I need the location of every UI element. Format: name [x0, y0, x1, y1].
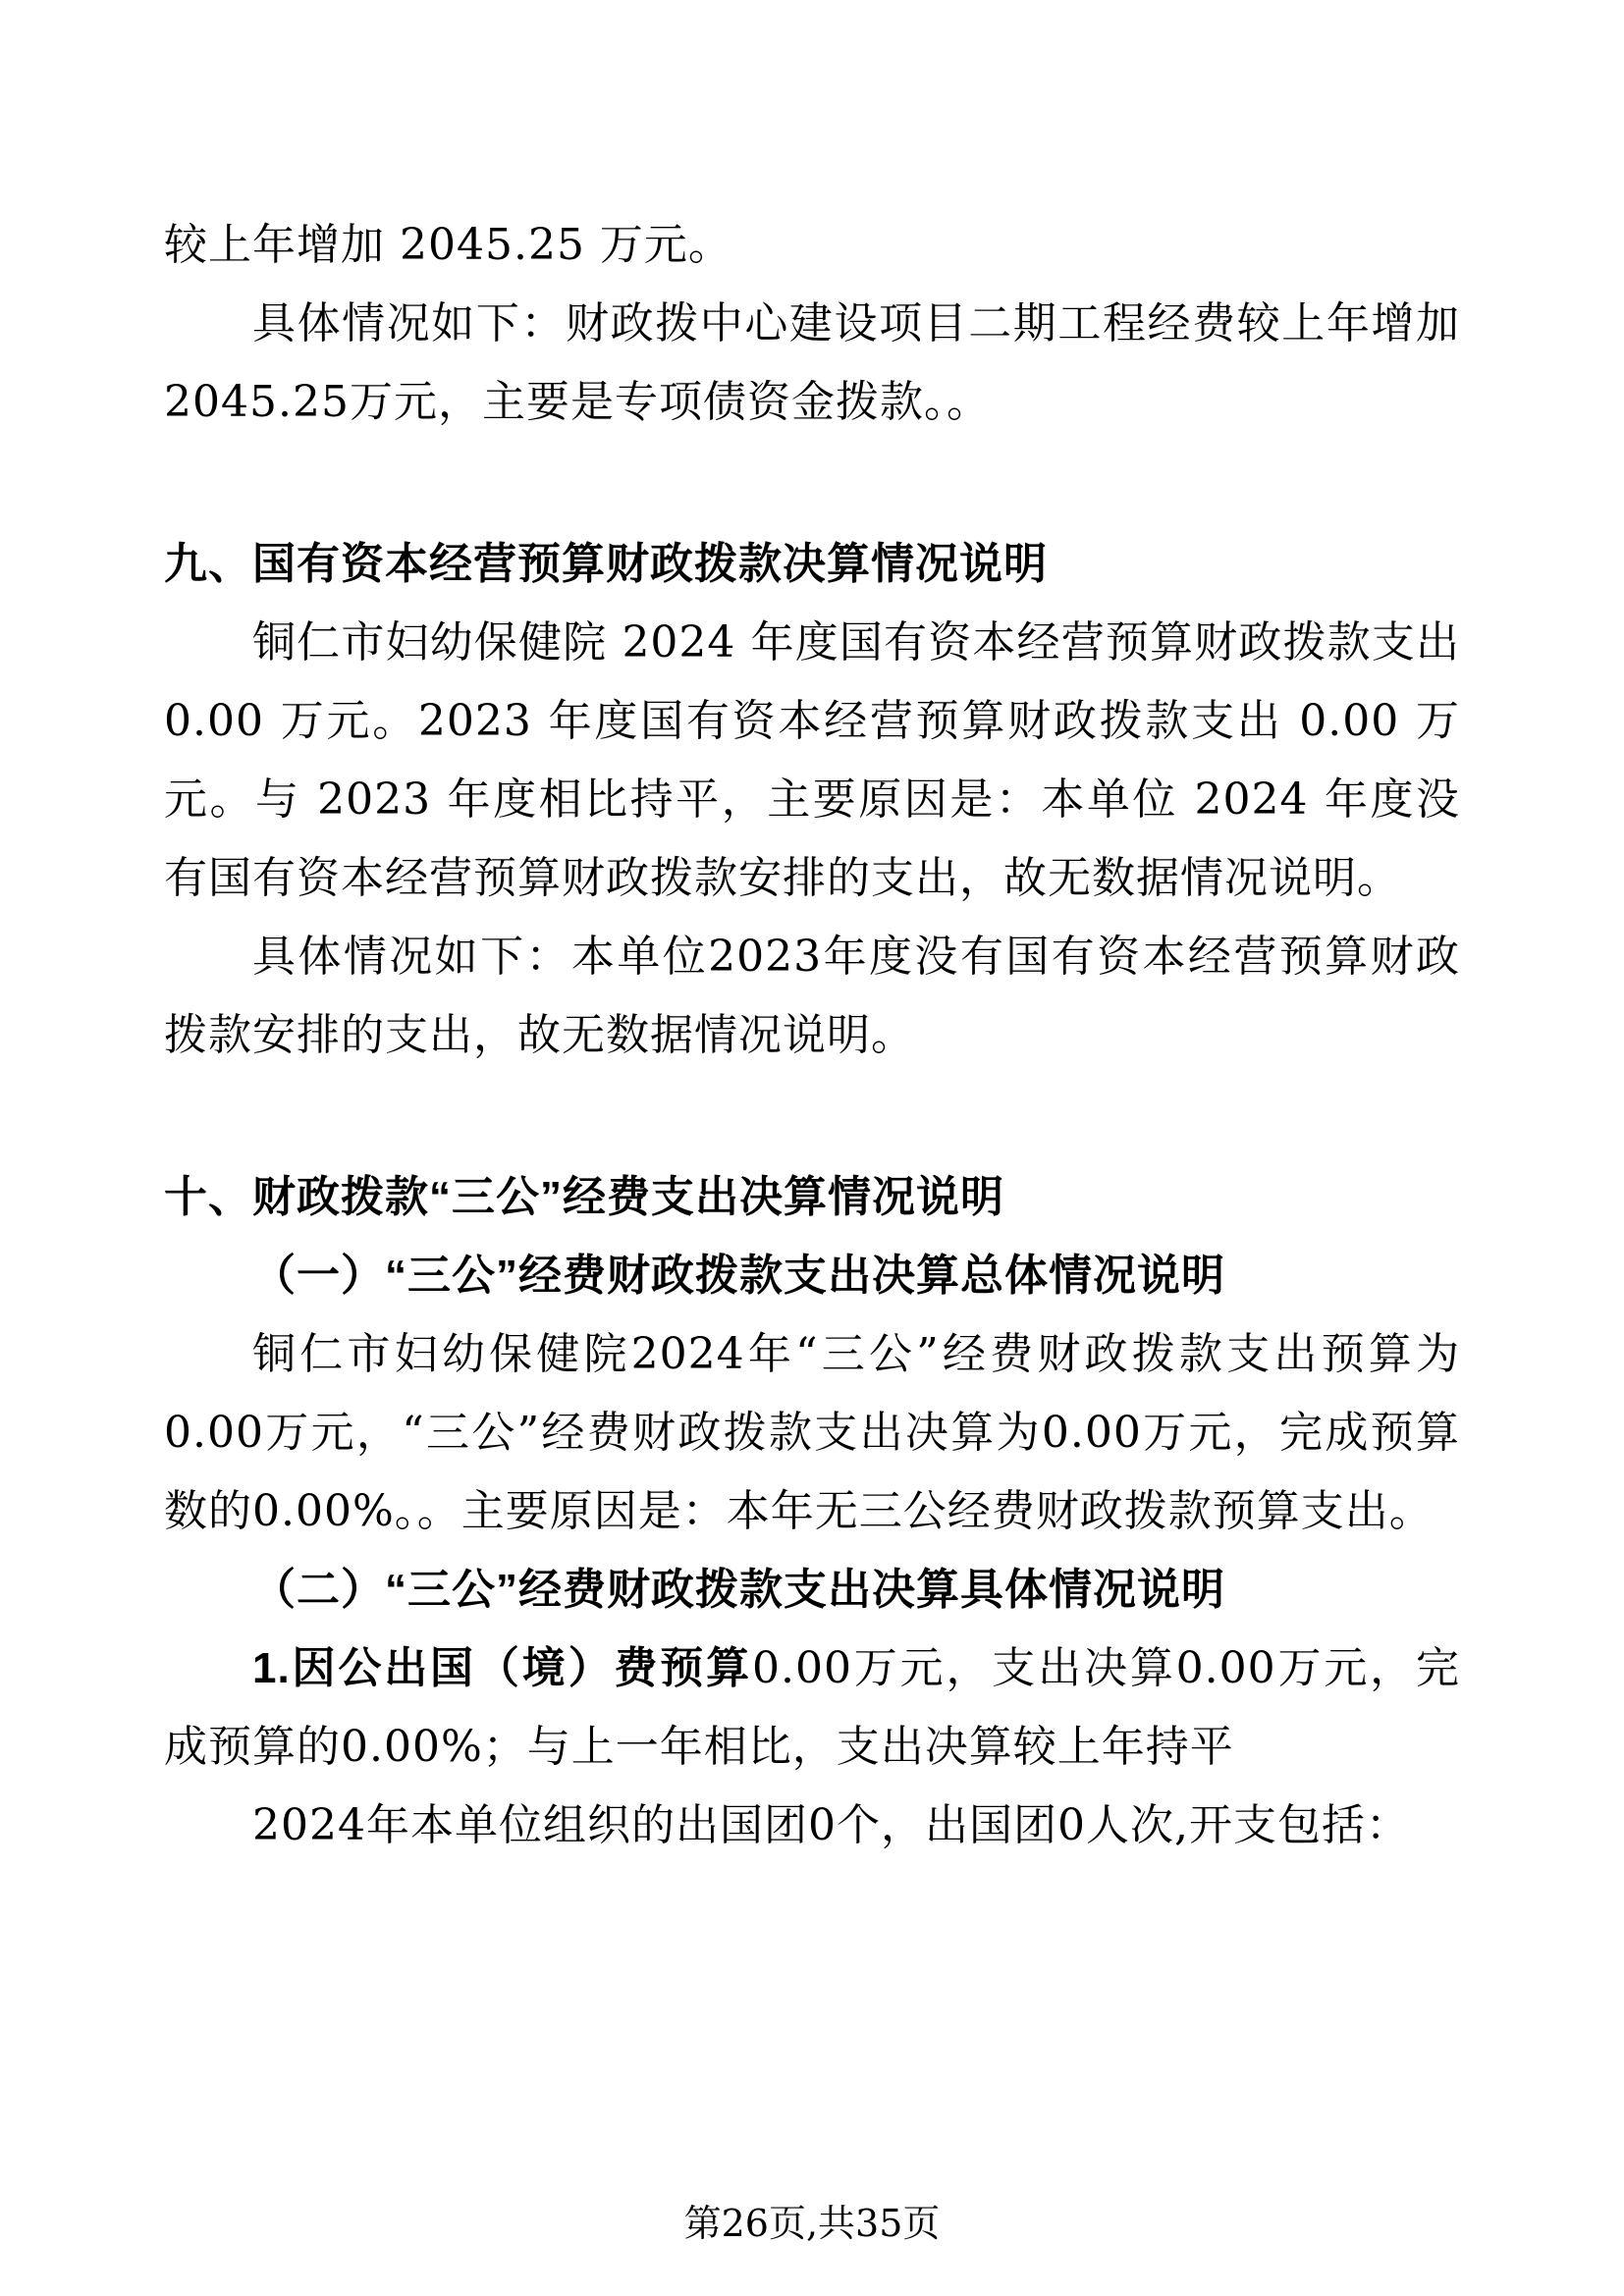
heading-section-nine: 九、国有资本经营预算财政拨款决算情况说明 — [164, 525, 1460, 604]
paragraph-continuation: 较上年增加 2045.25 万元。 — [164, 206, 1460, 285]
heading-subsection-one: （一）“三公”经费财政拨款支出决算总体情况说明 — [164, 1237, 1460, 1315]
numbered-item-lead: 1.因公出国（境）费预算 — [252, 1644, 752, 1692]
paragraph-overseas-trip-expense: 1.因公出国（境）费预算0.00万元，支出决算0.00万元，完成预算的0.00%… — [164, 1629, 1460, 1787]
paragraph-detail-project-funding: 具体情况如下：财政拨中心建设项目二期工程经费较上年增加2045.25万元，主要是… — [164, 285, 1460, 442]
heading-section-ten: 十、财政拨款“三公”经费支出决算情况说明 — [164, 1158, 1460, 1237]
paragraph-trip-groups: 2024年本单位组织的出国团0个，出国团0人次,开支包括： — [164, 1787, 1460, 1865]
paragraph-three-public-overview: 铜仁市妇幼保健院2024年“三公”经费财政拨款支出预算为0.00万元，“三公”经… — [164, 1315, 1460, 1551]
paragraph-state-capital-budget: 铜仁市妇幼保健院 2024 年度国有资本经营预算财政拨款支出 0.00 万元。2… — [164, 604, 1460, 918]
heading-subsection-two: （二）“三公”经费财政拨款支出决算具体情况说明 — [164, 1551, 1460, 1629]
document-page: 较上年增加 2045.25 万元。 具体情况如下：财政拨中心建设项目二期工程经费… — [0, 0, 1624, 2296]
paragraph-state-capital-detail: 具体情况如下：本单位2023年度没有国有资本经营预算财政拨款安排的支出，故无数据… — [164, 918, 1460, 1075]
page-number-footer: 第26页,共35页 — [0, 2202, 1624, 2245]
